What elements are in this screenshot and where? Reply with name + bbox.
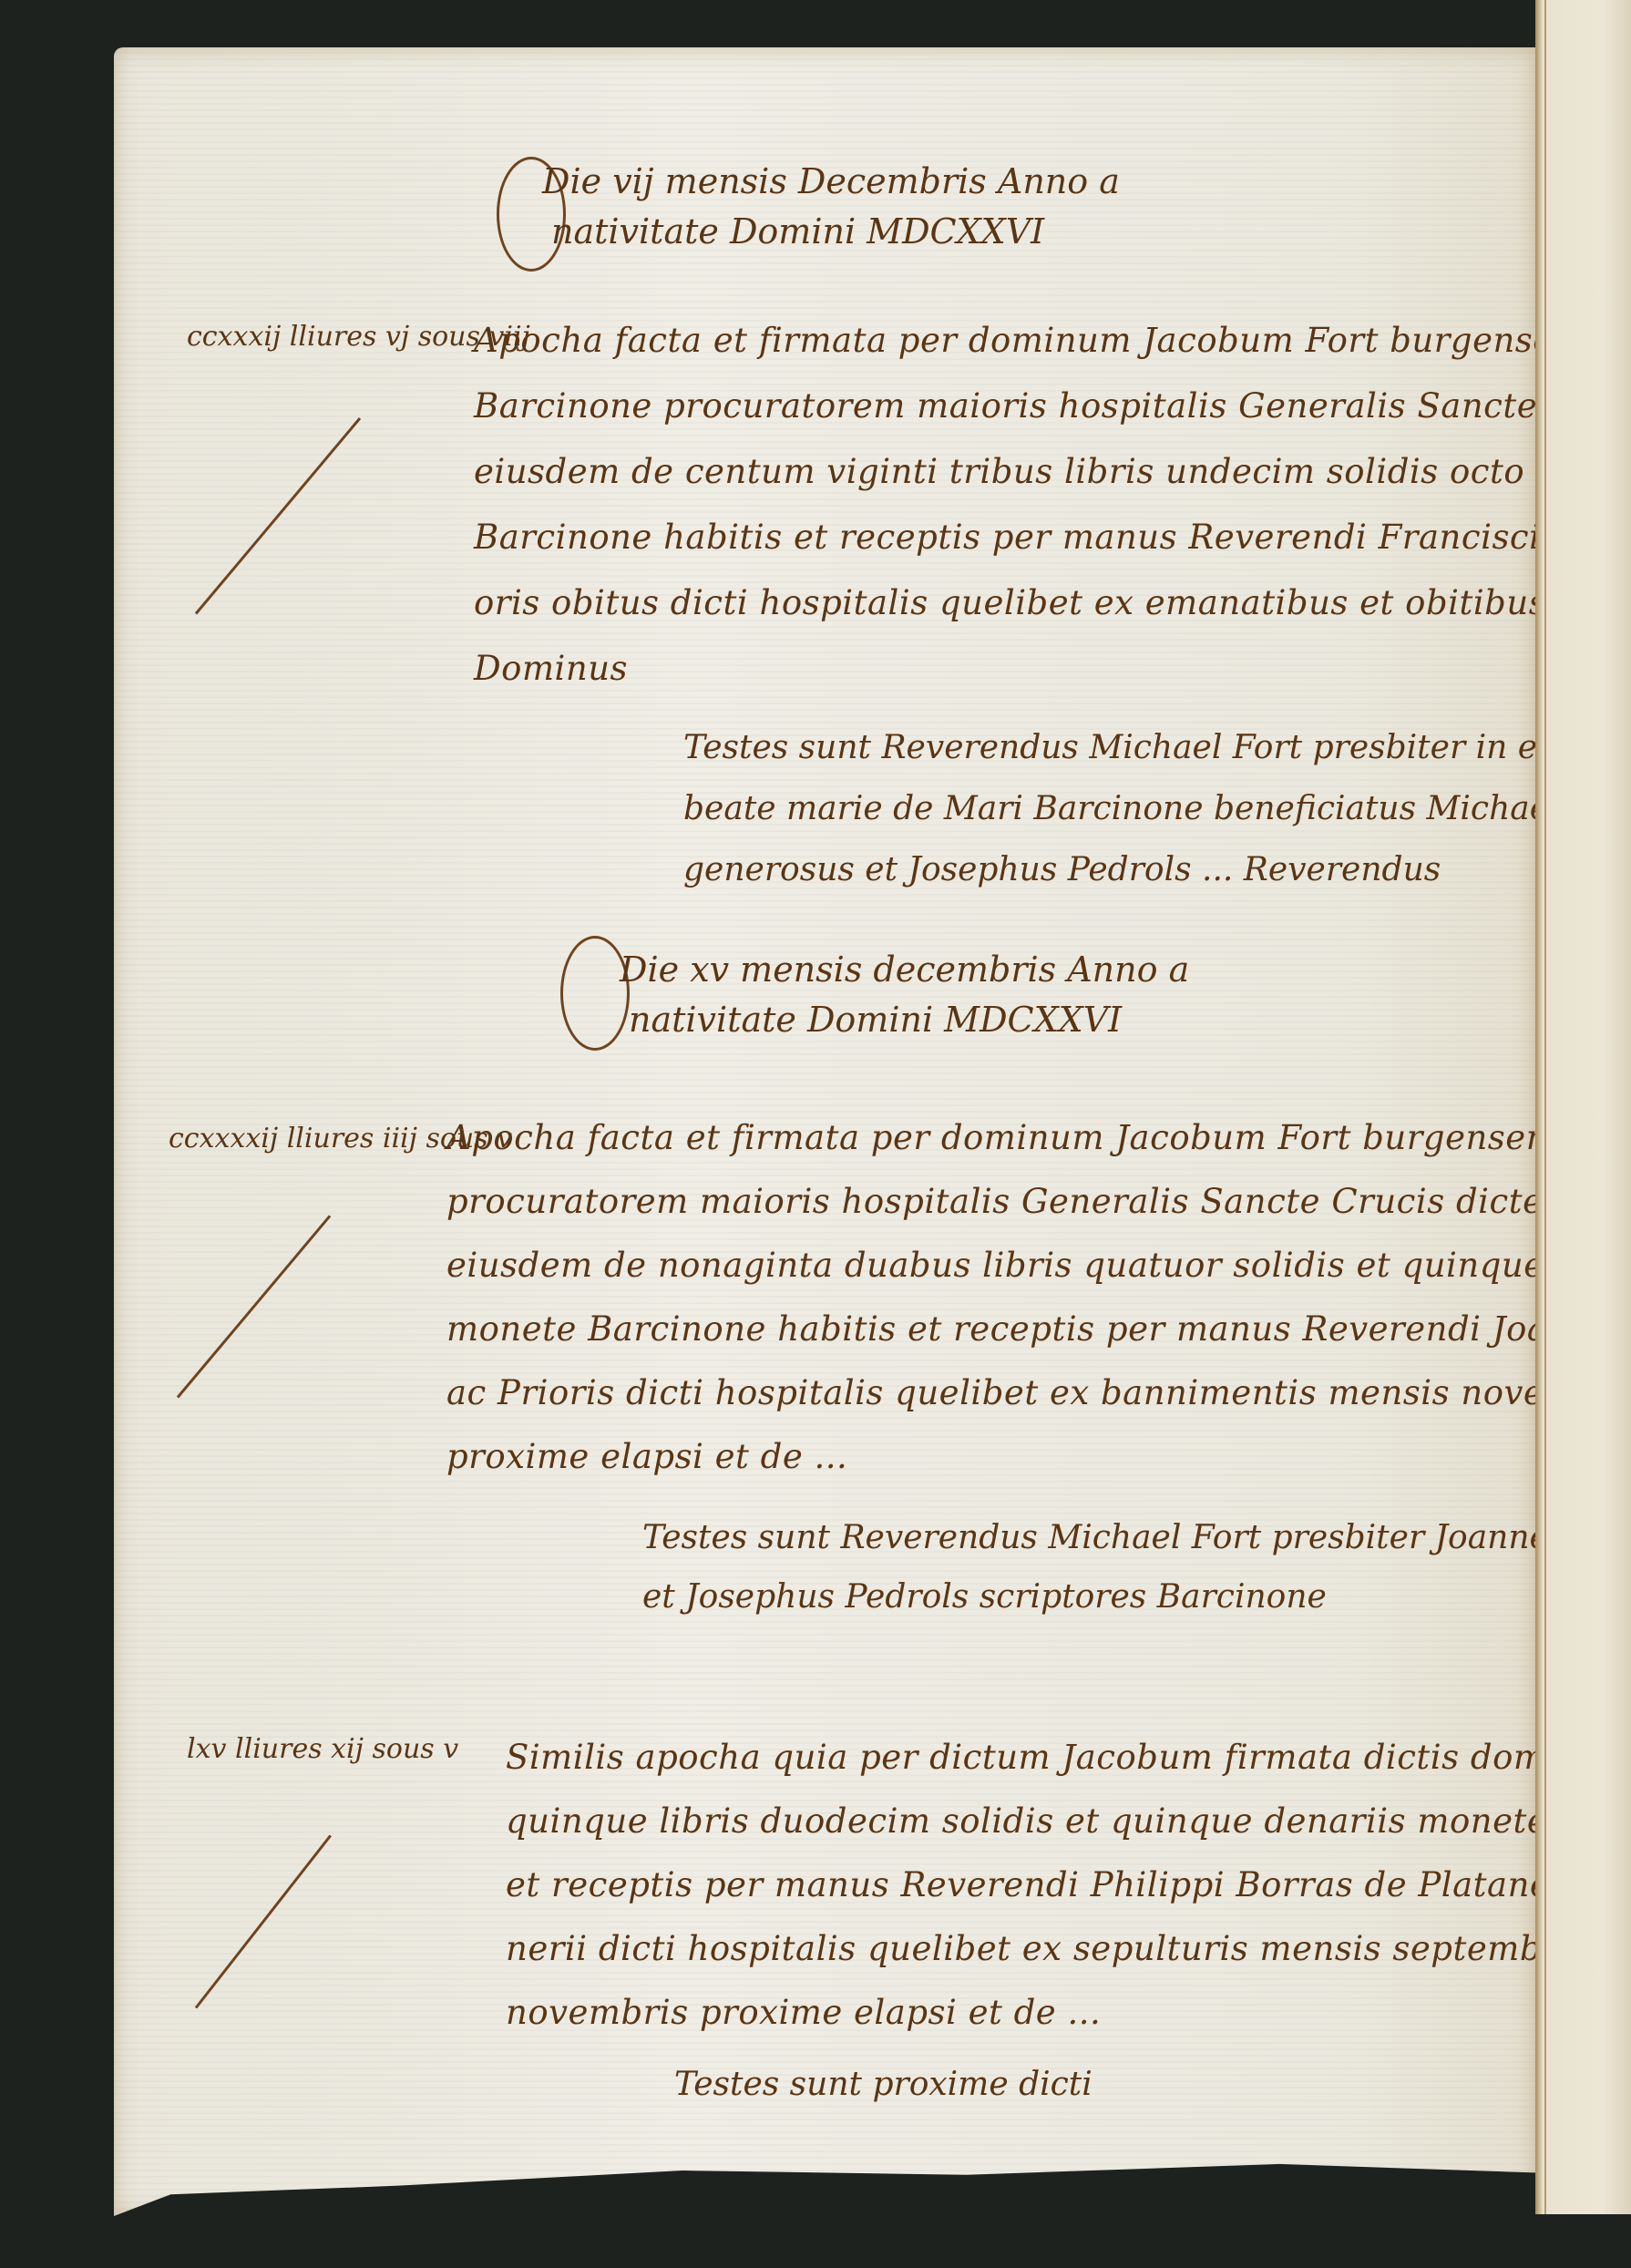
manuscript-page: Die vij mensis Decembris Anno a nativita… bbox=[114, 47, 1535, 2216]
entry-3-margin-note: lxv lliures xij sous v bbox=[187, 1733, 458, 1765]
entry-1-body-line: oris obitus dicti hospitalis quelibet ex… bbox=[474, 583, 1631, 622]
entry-2-witness-line: Testes sunt Reverendus Michael Fort pres… bbox=[642, 1519, 1631, 1556]
entry-3-body-line: Similis apocha quia per dictum Jacobum f… bbox=[506, 1738, 1631, 1777]
entry-2-date-line-1: Die xv mensis decembris Anno a bbox=[620, 949, 1189, 990]
entry-1-body-line: Barcinone habitis et receptis per manus … bbox=[474, 518, 1631, 557]
entry-1-body-line: eiusdem de centum viginti tribus libris … bbox=[474, 452, 1631, 491]
cancel-stroke-icon bbox=[195, 1834, 332, 2008]
entry-1-witness-line: beate marie de Mari Barcinone beneficiat… bbox=[683, 790, 1631, 827]
entry-3-body-line: novembris proxime elapsi et de ... bbox=[506, 1993, 1101, 2032]
entry-2-body-line: proxime elapsi et de ... bbox=[446, 1437, 847, 1476]
entry-1-date-line-1: Die vij mensis Decembris Anno a bbox=[542, 161, 1120, 201]
entry-2-body-line: ac Prioris dicti hospitalis quelibet ex … bbox=[446, 1373, 1631, 1412]
entry-2-date-line-2: nativitate Domini MDCXXVI bbox=[629, 1000, 1122, 1040]
book-binding-gutter bbox=[1535, 0, 1631, 2214]
entry-2-witness-line: et Josephus Pedrols scriptores Barcinone bbox=[642, 1578, 1327, 1616]
entry-1-witness-line: generosus et Josephus Pedrols ... Revere… bbox=[683, 851, 1441, 888]
entry-1-date-line-2: nativitate Domini MDCXXVI bbox=[551, 211, 1044, 251]
entry-1-body-line: Barcinone procuratorem maioris hospitali… bbox=[474, 386, 1631, 426]
cancel-stroke-icon bbox=[177, 1215, 331, 1398]
entry-2-body-line: procuratorem maioris hospitalis Generali… bbox=[446, 1182, 1631, 1221]
entry-3-body-line: nerii dicti hospitalis quelibet ex sepul… bbox=[506, 1929, 1631, 1968]
entry-2-body-line: eiusdem de nonaginta duabus libris quatu… bbox=[446, 1246, 1631, 1285]
entry-2-body-line: Apocha facta et firmata per dominum Jaco… bbox=[446, 1118, 1631, 1157]
entry-3-witness-line: Testes sunt proxime dicti bbox=[674, 2066, 1092, 2103]
entry-3-body-line: et receptis per manus Reverendi Philippi… bbox=[506, 1865, 1631, 1904]
entry-1-body-line: Apocha facta et firmata per dominum Jaco… bbox=[474, 321, 1631, 360]
entry-3-body-line: quinque libris duodecim solidis et quinq… bbox=[506, 1801, 1631, 1841]
entry-2-body-line: monete Barcinone habitis et receptis per… bbox=[446, 1309, 1631, 1349]
cancel-stroke-icon bbox=[195, 417, 361, 614]
entry-1-witness-line: Testes sunt Reverendus Michael Fort pres… bbox=[683, 729, 1631, 766]
entry-1-body-line: Dominus bbox=[474, 649, 628, 688]
